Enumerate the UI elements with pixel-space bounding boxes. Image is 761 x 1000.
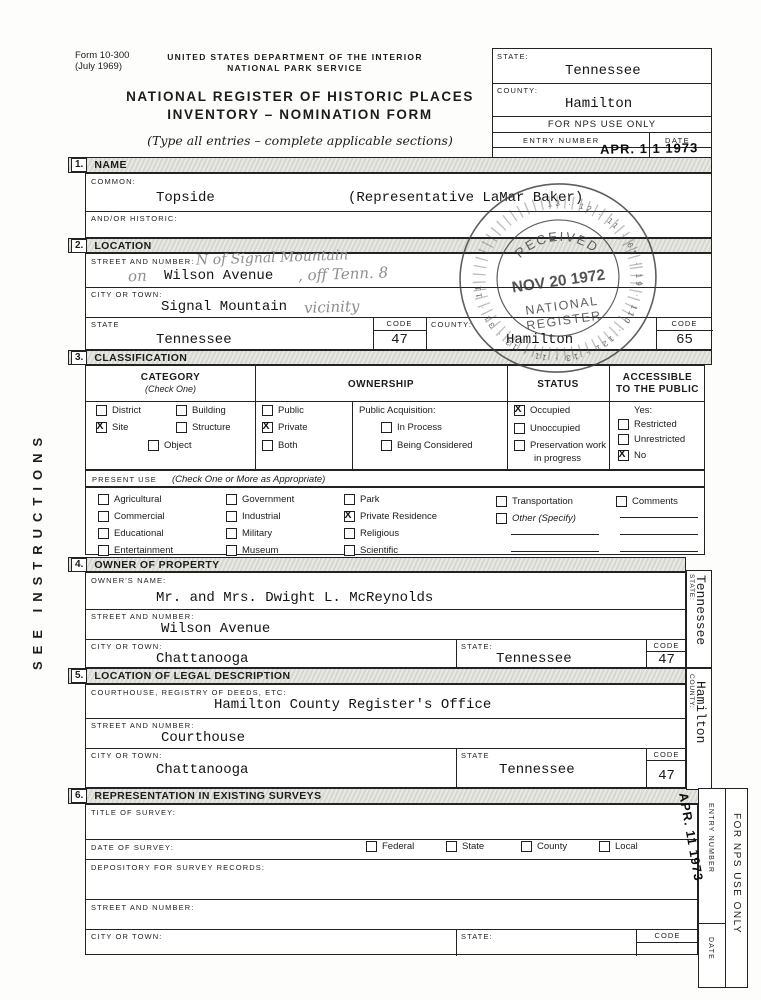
- checkbox-box[interactable]: [446, 841, 457, 852]
- checkbox-agricultural[interactable]: Agricultural: [98, 494, 162, 505]
- section-6-bar: 6. REPRESENTATION IN EXISTING SURVEYS: [68, 788, 700, 804]
- survey-state-label: STATE:: [461, 932, 493, 941]
- checkbox-federal[interactable]: Federal: [366, 841, 414, 852]
- owner-city-label: CITY OR TOWN:: [91, 642, 162, 651]
- historic-label: AND/OR HISTORIC:: [91, 214, 178, 223]
- state-value[interactable]: Tennessee: [156, 332, 232, 348]
- comments-blank-line[interactable]: [620, 517, 698, 518]
- section-4-box: OWNER'S NAME: Mr. and Mrs. Dwight L. McR…: [85, 572, 686, 668]
- city-value[interactable]: Signal Mountain: [161, 299, 287, 315]
- margin-state-box: STATE: Tennessee: [686, 570, 712, 668]
- checkbox-industrial[interactable]: Industrial: [226, 511, 281, 522]
- checkbox-box[interactable]: [514, 423, 525, 434]
- section-1-number: 1.: [71, 158, 87, 172]
- ownership-header: OWNERSHIP: [255, 379, 507, 390]
- owner-city-value[interactable]: Chattanooga: [156, 651, 248, 667]
- category-subheader: (Check One): [86, 384, 255, 394]
- state-label: STATE: [91, 320, 120, 329]
- legal-city-row: CITY OR TOWN: Chattanooga STATE Tennesse…: [86, 748, 685, 789]
- checkbox-entertainment[interactable]: Entertainment: [98, 545, 173, 556]
- preservation-work-line2: in progress: [534, 453, 581, 464]
- checkbox-box[interactable]: [226, 494, 237, 505]
- owner-state-label: STATE:: [461, 642, 493, 651]
- checkbox-box[interactable]: [366, 841, 377, 852]
- for-nps-use-only-label: FOR NPS USE ONLY: [493, 116, 711, 132]
- checkbox-preservation-work[interactable]: Preservation work: [514, 440, 606, 451]
- checkbox-park[interactable]: Park: [344, 494, 380, 505]
- common-name-value[interactable]: Topside: [156, 190, 215, 206]
- checkbox-private-residence[interactable]: XPrivate Residence: [344, 511, 437, 522]
- courthouse-value[interactable]: Hamilton County Register's Office: [214, 697, 491, 713]
- county-label: COUNTY:: [497, 86, 538, 95]
- checkbox-box[interactable]: [496, 513, 507, 524]
- checkbox-being-considered[interactable]: Being Considered: [381, 440, 473, 451]
- present-use-note: (Check One or More as Appropriate): [172, 474, 325, 485]
- checkbox-box[interactable]: [176, 422, 187, 433]
- section-6-title: REPRESENTATION IN EXISTING SURVEYS: [94, 790, 321, 802]
- accessible-yes-label: Yes:: [634, 405, 652, 416]
- checkbox-object[interactable]: Object: [148, 440, 191, 451]
- survey-city-label: CITY OR TOWN:: [91, 932, 162, 941]
- checkbox-box[interactable]: X: [618, 450, 629, 461]
- checkbox-box[interactable]: [496, 496, 507, 507]
- county-field: COUNTY: Hamilton: [493, 83, 711, 116]
- checkbox-educational[interactable]: Educational: [98, 528, 164, 539]
- checkbox-transportation[interactable]: Transportation: [496, 496, 573, 507]
- comments-blank-line[interactable]: [620, 551, 698, 552]
- section-1-title: NAME: [94, 159, 127, 171]
- margin-state-value: Tennessee: [693, 575, 708, 645]
- checkbox-unoccupied[interactable]: Unoccupied: [514, 423, 580, 434]
- checkbox-public[interactable]: Public: [262, 405, 304, 416]
- other-blank-line[interactable]: [511, 534, 599, 535]
- section-6-number: 6.: [71, 789, 87, 803]
- section-6-box: TITLE OF SURVEY: DATE OF SURVEY: Federal…: [85, 804, 698, 955]
- checkbox-other[interactable]: Other (Specify): [496, 513, 576, 524]
- owner-state-value[interactable]: Tennessee: [496, 651, 572, 667]
- section-5-title: LOCATION OF LEGAL DESCRIPTION: [94, 670, 290, 682]
- margin-date-label: DATE: [707, 937, 714, 960]
- checkbox-box[interactable]: [98, 511, 109, 522]
- checkbox-occupied[interactable]: XOccupied: [514, 405, 570, 416]
- state-label: STATE:: [497, 52, 529, 61]
- owner-street-label: STREET AND NUMBER:: [91, 612, 194, 621]
- courthouse-label: COURTHOUSE, REGISTRY OF DEEDS, ETC:: [91, 688, 287, 697]
- owner-code-label: CODE: [646, 639, 687, 650]
- checkbox-box[interactable]: X: [96, 422, 107, 433]
- legal-street-value[interactable]: Courthouse: [161, 730, 245, 746]
- section-5-bar: 5. LOCATION OF LEGAL DESCRIPTION: [68, 668, 686, 684]
- state-value: Tennessee: [565, 63, 641, 79]
- checkbox-unrestricted[interactable]: Unrestricted: [618, 434, 685, 445]
- received-stamp: 13 · 12 · 11 · 61 · 19 · 110 · 121 · 13 …: [452, 178, 664, 378]
- checkbox-box[interactable]: [262, 440, 273, 451]
- county-code-cell: CODE 65: [656, 317, 713, 351]
- checkbox-box[interactable]: [381, 440, 392, 451]
- form-number: Form 10-300 (July 1969): [75, 50, 129, 72]
- legal-state-label: STATE: [461, 751, 490, 760]
- section-4-bar: 4. OWNER OF PROPERTY: [68, 557, 686, 572]
- checkbox-religious[interactable]: Religious: [344, 528, 399, 539]
- scanned-form-page: Form 10-300 (July 1969) UNITED STATES DE…: [0, 0, 761, 1000]
- accessible-header2: TO THE PUBLIC: [609, 384, 706, 395]
- margin-for-nps-label: FOR NPS USE ONLY: [731, 813, 742, 934]
- stamp-date-text: NOV 20 1972: [511, 267, 606, 297]
- checkbox-box[interactable]: [148, 440, 159, 451]
- checkbox-box[interactable]: [96, 405, 107, 416]
- section-4-title: OWNER OF PROPERTY: [94, 559, 219, 571]
- survey-street-label: STREET AND NUMBER:: [91, 903, 194, 912]
- common-label: COMMON:: [91, 177, 136, 186]
- street-handwritten-after: , off Tenn. 8: [298, 263, 389, 284]
- checkbox-box[interactable]: [616, 496, 627, 507]
- state-code-cell: CODE 47: [373, 317, 426, 351]
- state-code-label: CODE: [373, 317, 426, 328]
- present-use-grid: Agricultural Commercial Educational Ente…: [85, 487, 705, 555]
- legal-code-cell: CODE 47: [646, 748, 687, 789]
- checkbox-box[interactable]: [98, 494, 109, 505]
- checkbox-building[interactable]: Building: [176, 405, 226, 416]
- present-use-label: PRESENT USE: [92, 475, 157, 484]
- survey-date-label: DATE OF SURVEY:: [91, 843, 174, 852]
- checkbox-box[interactable]: X: [514, 405, 525, 416]
- checkbox-box[interactable]: [514, 440, 525, 451]
- checkbox-site[interactable]: XSite: [96, 422, 128, 433]
- owner-name-label: OWNER'S NAME:: [91, 576, 166, 585]
- checkbox-box[interactable]: [226, 545, 237, 556]
- owner-code-value: 47: [646, 652, 687, 668]
- section-3-title: CLASSIFICATION: [94, 352, 187, 364]
- checkbox-government[interactable]: Government: [226, 494, 294, 505]
- checkbox-box[interactable]: [381, 422, 392, 433]
- section-2-number: 2.: [71, 239, 87, 253]
- category-header: CATEGORY: [86, 372, 255, 383]
- legal-city-value[interactable]: Chattanooga: [156, 762, 248, 778]
- checkbox-restricted[interactable]: Restricted: [618, 419, 677, 430]
- street-handwritten-on: on: [128, 267, 147, 286]
- public-acquisition-label: Public Acquisition:: [359, 405, 436, 416]
- checkbox-military[interactable]: Military: [226, 528, 272, 539]
- classification-table: CATEGORY (Check One) OWNERSHIP STATUS AC…: [85, 365, 705, 470]
- department-heading: UNITED STATES DEPARTMENT OF THE INTERIOR…: [150, 52, 440, 74]
- survey-code-label: CODE: [636, 929, 699, 940]
- checkbox-box[interactable]: [618, 434, 629, 445]
- checkbox-box[interactable]: X: [344, 511, 355, 522]
- section-1-bar: 1. NAME: [68, 157, 712, 173]
- checkbox-district[interactable]: District: [96, 405, 141, 416]
- owner-name-value[interactable]: Mr. and Mrs. Dwight L. McReynolds: [156, 590, 433, 606]
- checkbox-structure[interactable]: Structure: [176, 422, 231, 433]
- street-value[interactable]: Wilson Avenue: [164, 268, 273, 284]
- section-2-title: LOCATION: [94, 240, 151, 252]
- checkbox-box[interactable]: [344, 494, 355, 505]
- checkbox-box[interactable]: [226, 528, 237, 539]
- city-handwritten-vicinity: vicinity: [304, 297, 360, 317]
- checkbox-commercial[interactable]: Commercial: [98, 511, 165, 522]
- type-instructions: (Type all entries – complete applicable …: [120, 133, 480, 148]
- state-field: STATE: Tennessee: [493, 49, 711, 83]
- city-label: CITY OR TOWN:: [91, 290, 162, 299]
- checkbox-comments[interactable]: Comments: [616, 496, 678, 507]
- margin-entry-number-label: ENTRY NUMBER: [707, 803, 714, 873]
- present-use-bar: PRESENT USE (Check One or More as Approp…: [85, 470, 705, 487]
- checkbox-box[interactable]: [262, 405, 273, 416]
- checkbox-box[interactable]: [176, 405, 187, 416]
- legal-street-label: STREET AND NUMBER:: [91, 721, 194, 730]
- checkbox-box[interactable]: [344, 545, 355, 556]
- checkbox-local[interactable]: Local: [599, 841, 638, 852]
- checkbox-no[interactable]: XNo: [618, 450, 646, 461]
- checkbox-in-process[interactable]: In Process: [381, 422, 442, 433]
- depository-label: DEPOSITORY FOR SURVEY RECORDS:: [91, 863, 265, 872]
- county-code-value: 65: [656, 332, 713, 348]
- checkbox-box[interactable]: [521, 841, 532, 852]
- state-code-value: 47: [373, 332, 426, 348]
- checkbox-state[interactable]: State: [446, 841, 484, 852]
- other-blank-line[interactable]: [511, 551, 599, 552]
- entry-number-label: ENTRY NUMBER: [523, 136, 600, 145]
- margin-nps-box: ENTRY NUMBER DATE FOR NPS USE ONLY: [698, 788, 748, 988]
- checkbox-box[interactable]: [98, 528, 109, 539]
- survey-city-row: CITY OR TOWN: STATE: CODE: [86, 929, 697, 956]
- checkbox-county[interactable]: County: [521, 841, 567, 852]
- legal-city-label: CITY OR TOWN:: [91, 751, 162, 760]
- checkbox-private[interactable]: XPrivate: [262, 422, 308, 433]
- section-3-number: 3.: [71, 351, 87, 365]
- legal-code-label: CODE: [646, 748, 687, 759]
- checkbox-box[interactable]: [618, 419, 629, 430]
- section-5-box: COURTHOUSE, REGISTRY OF DEEDS, ETC: Hami…: [85, 684, 686, 788]
- owner-city-row: CITY OR TOWN: Chattanooga STATE: Tenness…: [86, 639, 685, 669]
- section-5-number: 5.: [71, 669, 87, 683]
- legal-state-value[interactable]: Tennessee: [499, 762, 575, 778]
- checkbox-box[interactable]: X: [262, 422, 273, 433]
- checkbox-box[interactable]: [98, 545, 109, 556]
- see-instructions-label: SEE INSTRUCTIONS: [30, 330, 45, 670]
- owner-street-value[interactable]: Wilson Avenue: [161, 621, 270, 637]
- street-label: STREET AND NUMBER:: [91, 257, 194, 266]
- checkbox-both[interactable]: Both: [262, 440, 298, 451]
- survey-title-label: TITLE OF SURVEY:: [91, 808, 176, 817]
- margin-county-box: COUNTY: Hamilton: [686, 668, 712, 790]
- checkbox-museum[interactable]: Museum: [226, 545, 278, 556]
- checkbox-scientific[interactable]: Scientific: [344, 545, 398, 556]
- comments-blank-line[interactable]: [620, 534, 698, 535]
- owner-code-cell: CODE 47: [646, 639, 687, 669]
- apr-date-stamp-top: APR. 1 1 1973: [600, 140, 699, 157]
- checkbox-box[interactable]: [599, 841, 610, 852]
- status-header: STATUS: [507, 379, 609, 390]
- survey-code-cell: CODE: [636, 929, 699, 956]
- checkbox-box[interactable]: [344, 528, 355, 539]
- legal-code-value: 47: [646, 768, 687, 784]
- county-value: Hamilton: [565, 96, 632, 112]
- form-title: NATIONAL REGISTER OF HISTORIC PLACES INV…: [120, 88, 480, 124]
- checkbox-box[interactable]: [226, 511, 237, 522]
- section-4-number: 4.: [71, 558, 87, 572]
- margin-county-value: Hamilton: [693, 681, 708, 743]
- county-code-label: CODE: [656, 317, 713, 328]
